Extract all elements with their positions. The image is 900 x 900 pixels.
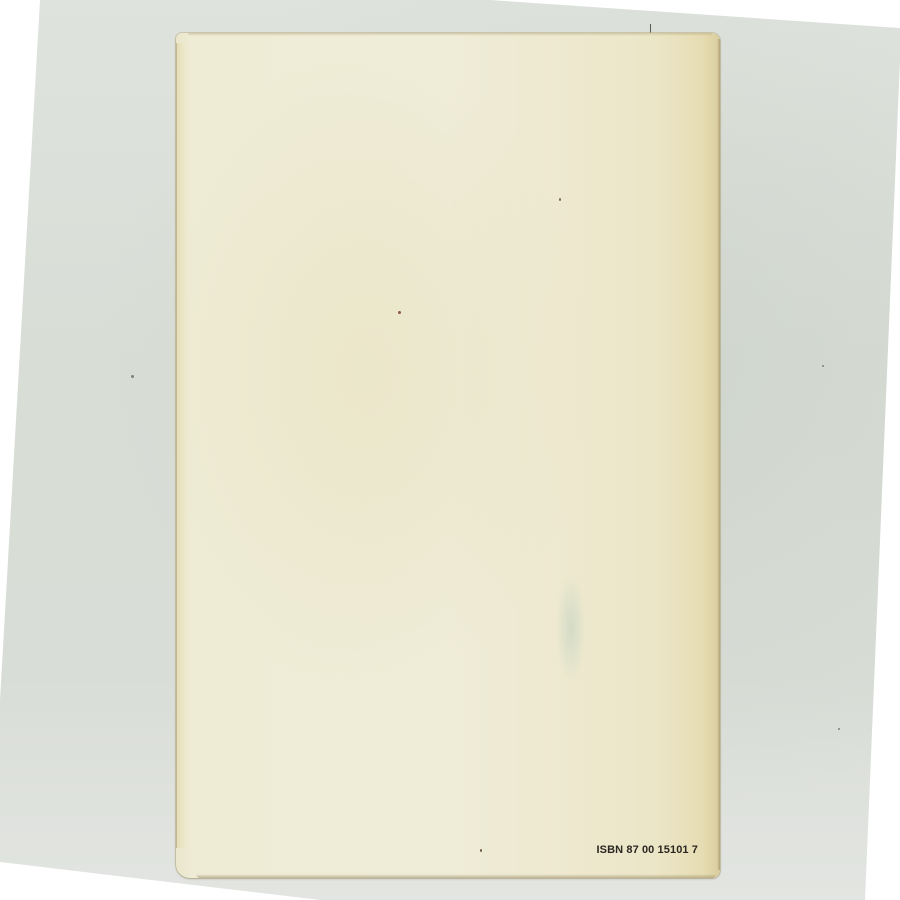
book-spine-edge (176, 43, 187, 848)
book-back-cover: ISBN 87 00 15101 7 (176, 33, 720, 878)
cover-speck (480, 849, 482, 852)
book-bottom-edge (196, 874, 716, 878)
surface-speck (838, 728, 840, 730)
surface-speck (822, 365, 824, 367)
book-top-edge (188, 33, 712, 36)
book-right-edge (717, 39, 720, 870)
isbn-number: ISBN 87 00 15101 7 (597, 844, 698, 856)
surface-mark (650, 24, 651, 33)
cover-speck (398, 311, 401, 314)
surface-speck (131, 375, 134, 378)
cover-stain (556, 573, 586, 683)
photo-scene: ISBN 87 00 15101 7 (0, 0, 900, 900)
cover-speck (559, 198, 561, 201)
